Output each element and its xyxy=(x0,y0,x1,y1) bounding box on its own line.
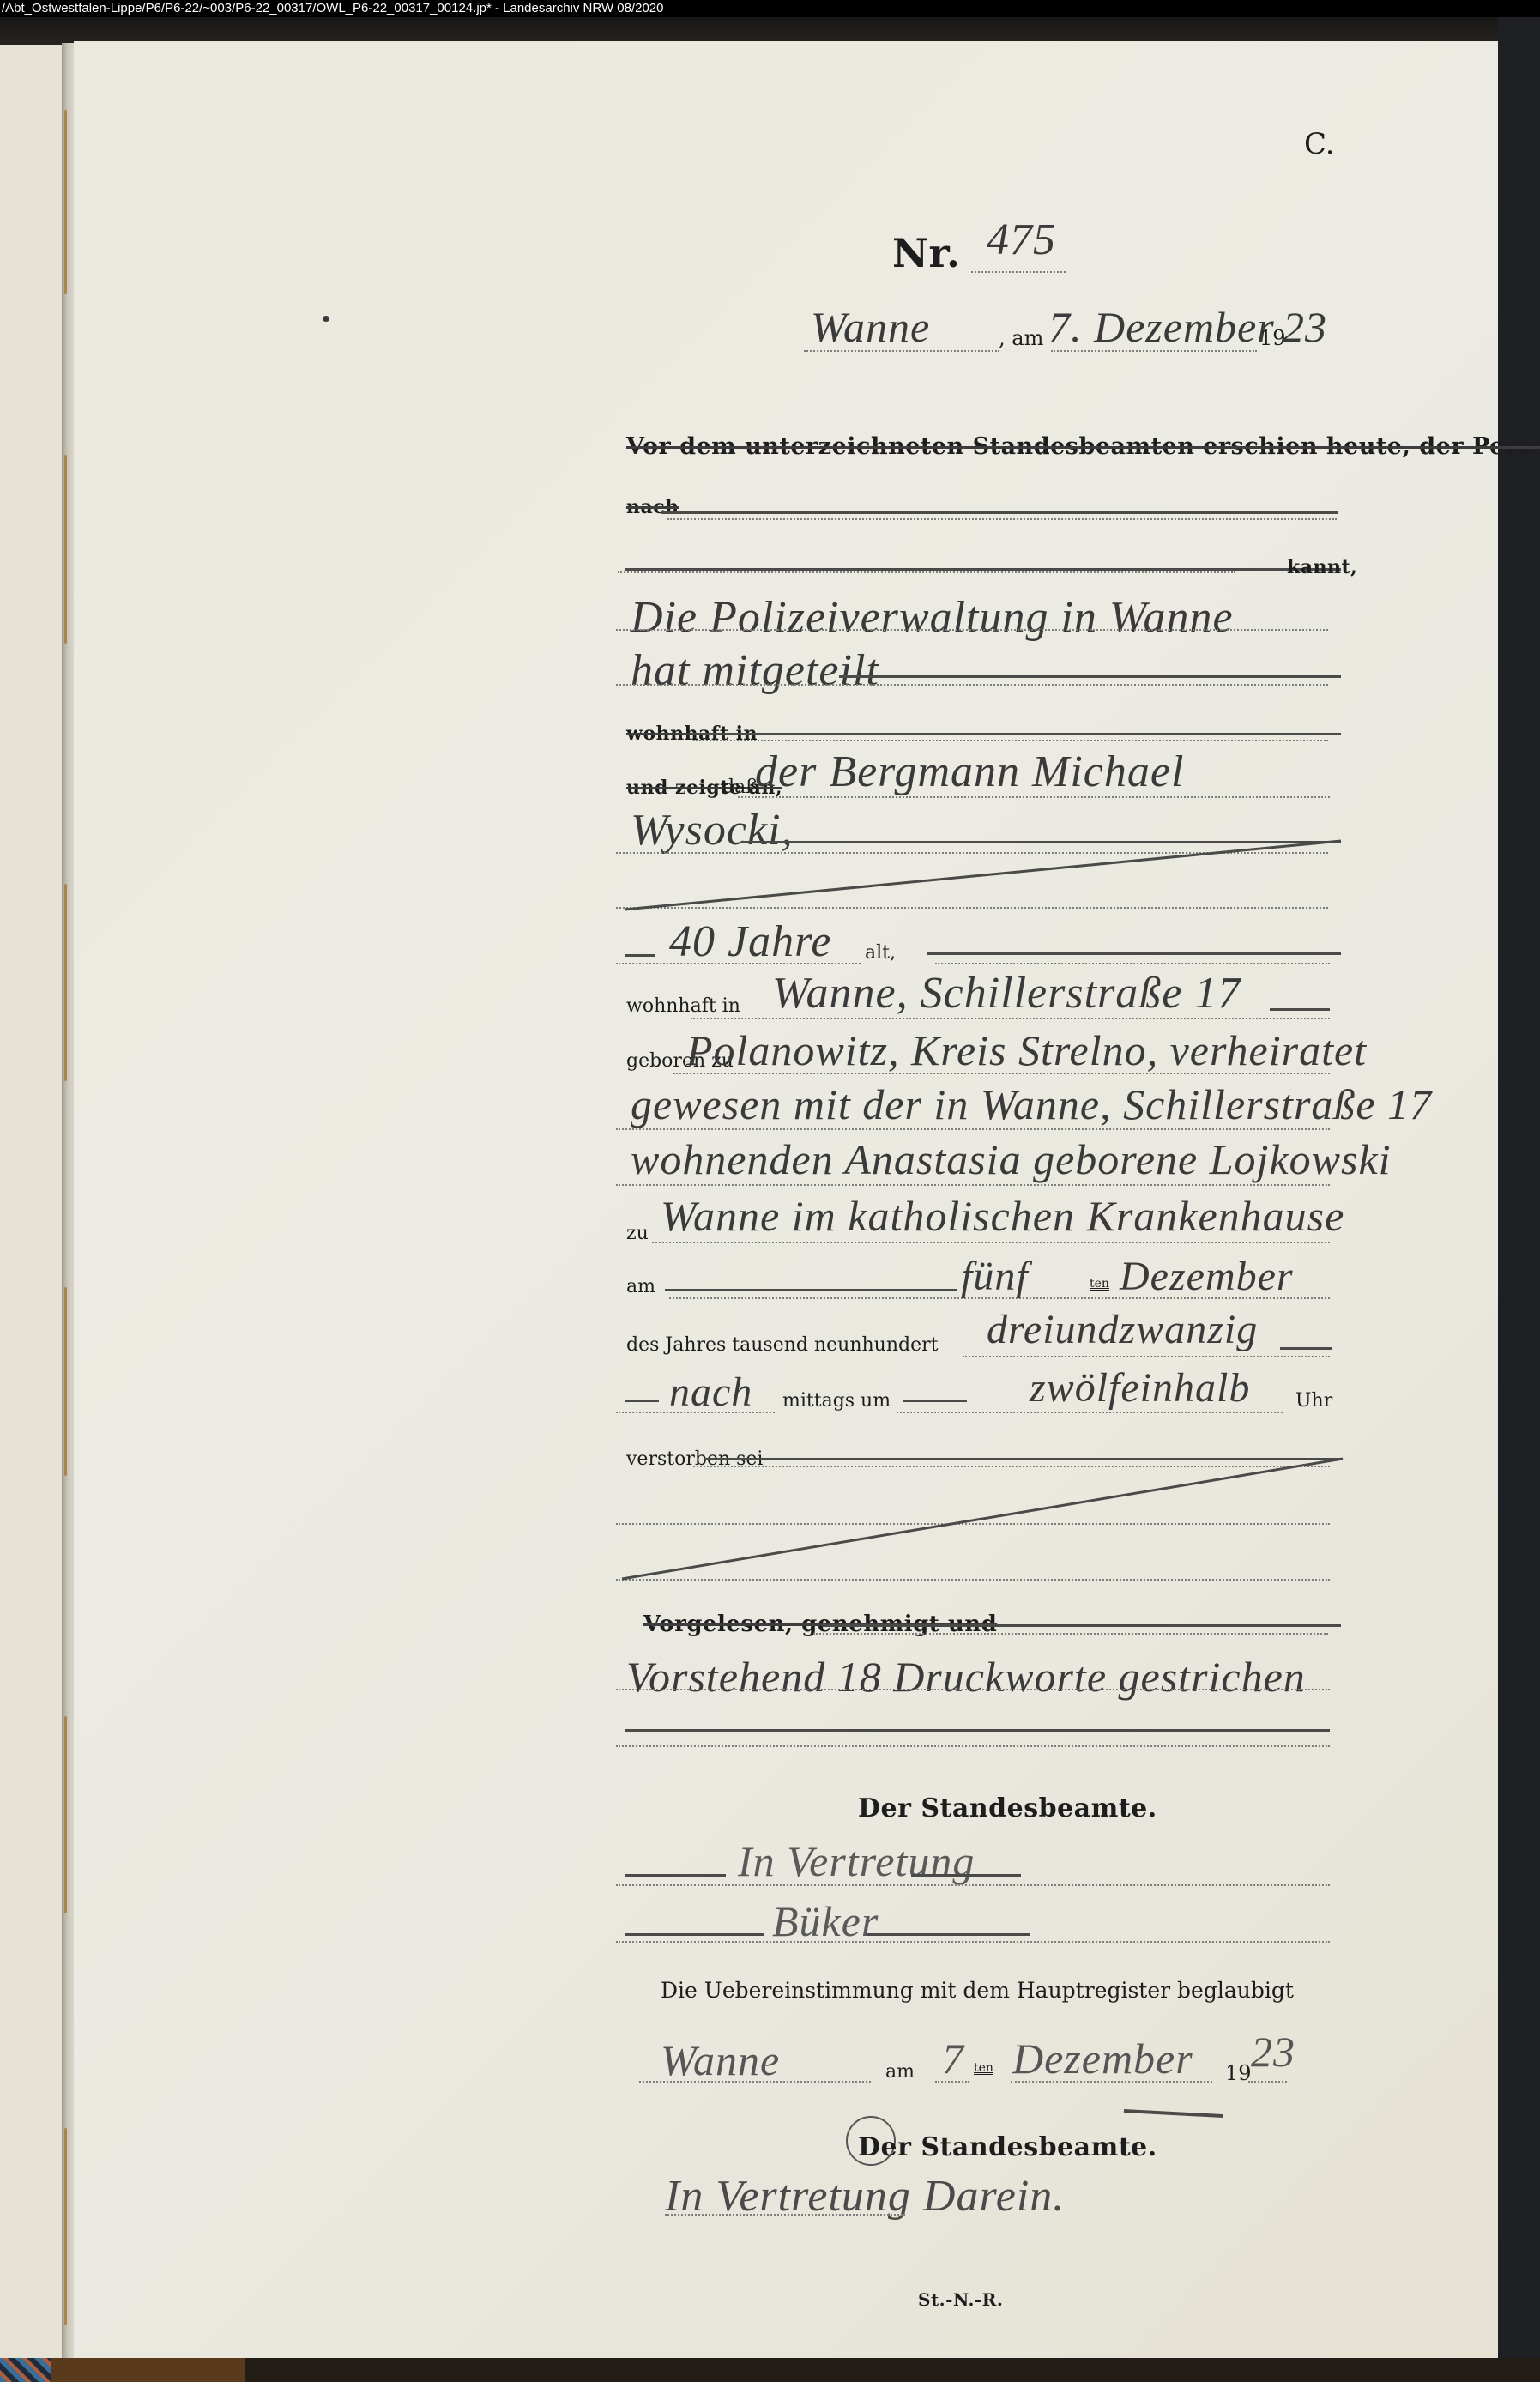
cert-day-suffix: ten xyxy=(974,2061,993,2075)
registrar-line-1: In Vertretung xyxy=(738,1836,975,1886)
registrar-heading: Der Standesbeamte. xyxy=(858,1793,1157,1823)
cert-year-prefix: 19 xyxy=(1225,2061,1252,2085)
cert-month: Dezember xyxy=(1012,2034,1193,2083)
cancellation-strokes xyxy=(0,0,1540,2382)
registrar-heading-2: Der Standesbeamte. xyxy=(858,2132,1157,2162)
cert-day: 7 xyxy=(942,2034,964,2083)
registrar-line-2: Büker xyxy=(772,1896,879,1946)
form-code: St.-N.-R. xyxy=(918,2289,1003,2310)
deletion-note: Vorstehend 18 Druckworte gestrichen xyxy=(626,1652,1306,1702)
certification-text: Die Uebereinstimmung mit dem Hauptregist… xyxy=(661,1978,1294,2003)
cert-am: am xyxy=(885,2061,915,2083)
cert-place: Wanne xyxy=(661,2035,780,2085)
cert-year: 23 xyxy=(1251,2027,1295,2077)
